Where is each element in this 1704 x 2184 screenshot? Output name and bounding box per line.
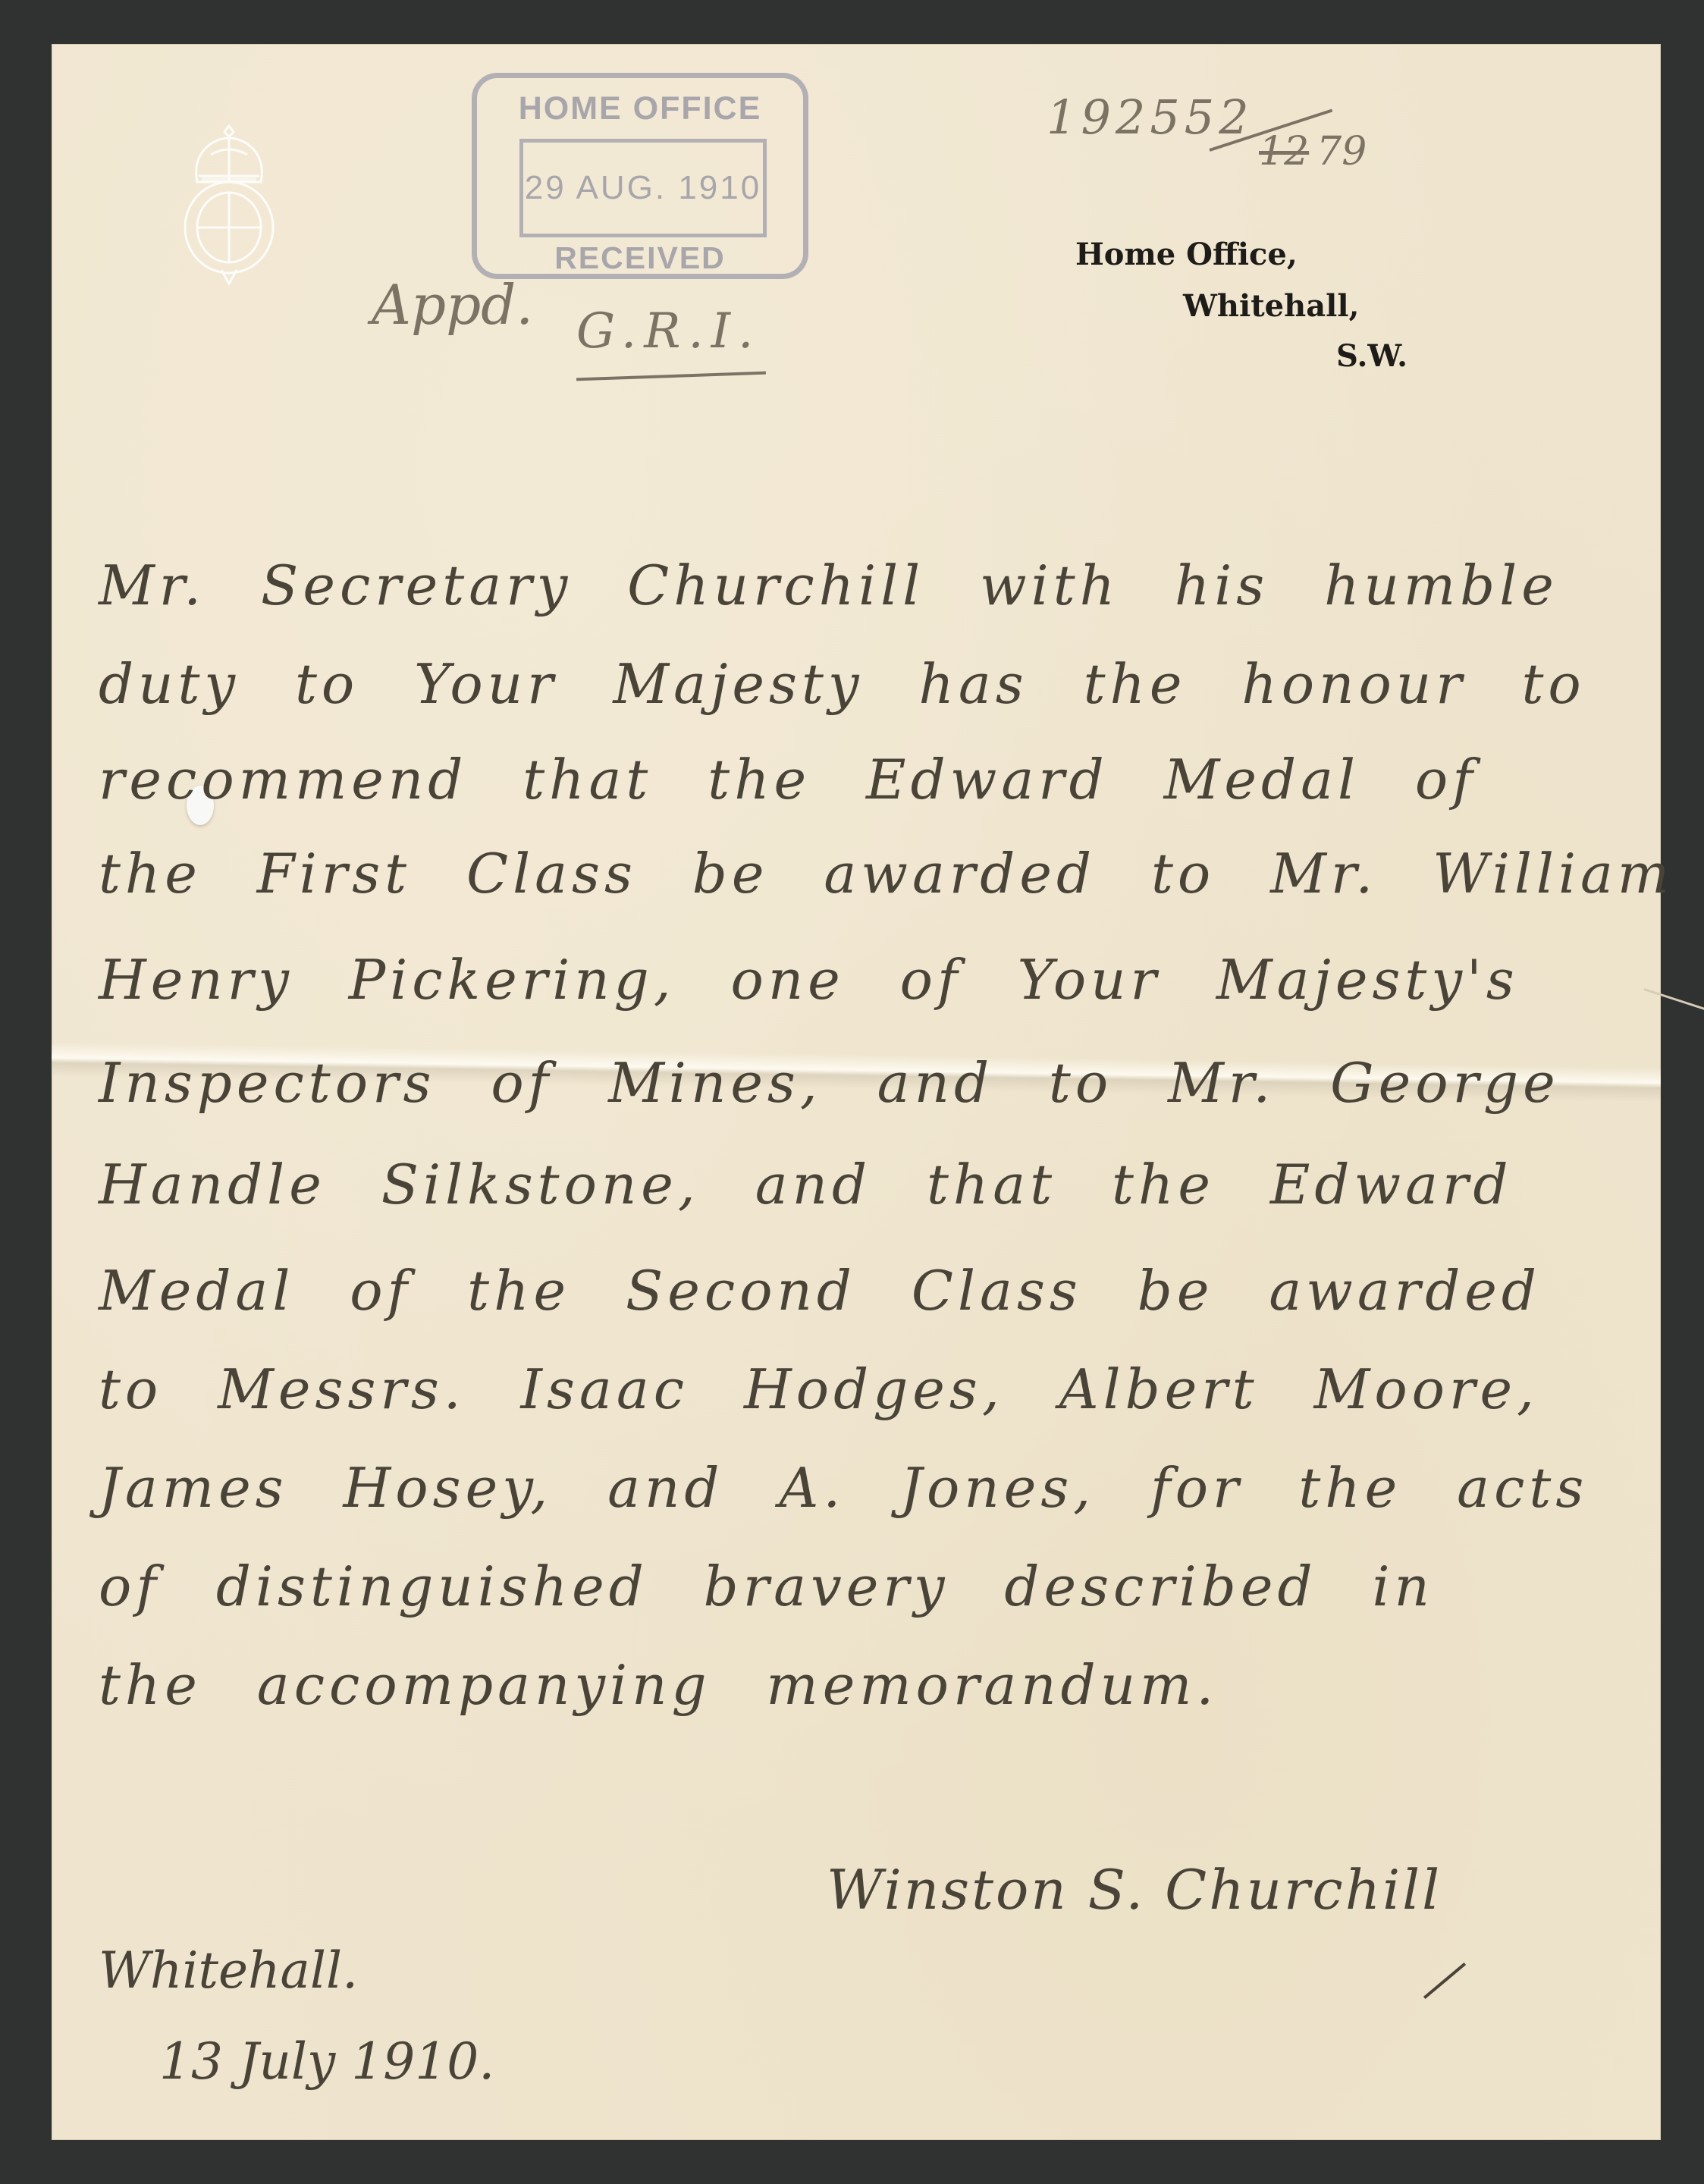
reference-sub: 1279 xyxy=(1259,129,1367,174)
letterhead-line-1: Home Office, xyxy=(1075,240,1298,270)
letter-date: 13 July 1910. xyxy=(159,2032,494,2091)
stamp-received-label: RECEIVED xyxy=(477,240,803,276)
royal-crest-emboss-icon xyxy=(176,121,282,288)
body-line: Inspectors of Mines, and to Mr. George xyxy=(99,1051,1560,1115)
body-line: Medal of the Second Class be awarded xyxy=(99,1259,1541,1323)
approval-label: Appd. xyxy=(372,273,533,337)
stamp-date: 29 AUG. 1910 xyxy=(525,169,761,207)
approval-initials: G.R.I. xyxy=(576,303,761,359)
letterhead-line-2: Whitehall, xyxy=(1183,291,1359,322)
body-line: recommend that the Edward Medal of xyxy=(99,748,1477,811)
body-line: to Messrs. Isaac Hodges, Albert Moore, xyxy=(99,1357,1539,1421)
body-line: Henry Pickering, one of Your Majesty's xyxy=(99,948,1519,1012)
body-line: the First Class be awarded to Mr. Willia… xyxy=(99,842,1674,905)
letterhead-line-3: S.W. xyxy=(1336,341,1407,372)
body-line: duty to Your Majesty has the honour to xyxy=(99,652,1586,716)
stamp-title: HOME OFFICE xyxy=(477,90,803,127)
letter-place: Whitehall. xyxy=(99,1941,358,2000)
body-line: James Hosey, and A. Jones, for the acts xyxy=(99,1456,1588,1520)
signature: Winston S. Churchill xyxy=(827,1858,1442,1922)
body-line: Mr. Secretary Churchill with his humble xyxy=(99,554,1558,617)
paper-tear xyxy=(1644,988,1704,1012)
reference-crossed-out: 12 xyxy=(1259,129,1309,174)
reference-sub-number: 79 xyxy=(1316,129,1367,174)
home-office-received-stamp: HOME OFFICE 29 AUG. 1910 RECEIVED xyxy=(472,73,808,279)
body-line: of distinguished bravery described in xyxy=(99,1555,1434,1618)
reference-number: 192552 xyxy=(1047,89,1254,145)
body-line: the accompanying memorandum. xyxy=(99,1653,1218,1717)
body-line: Handle Silkstone, and that the Edward xyxy=(99,1153,1513,1216)
stamp-date-box: 29 AUG. 1910 xyxy=(519,139,767,237)
